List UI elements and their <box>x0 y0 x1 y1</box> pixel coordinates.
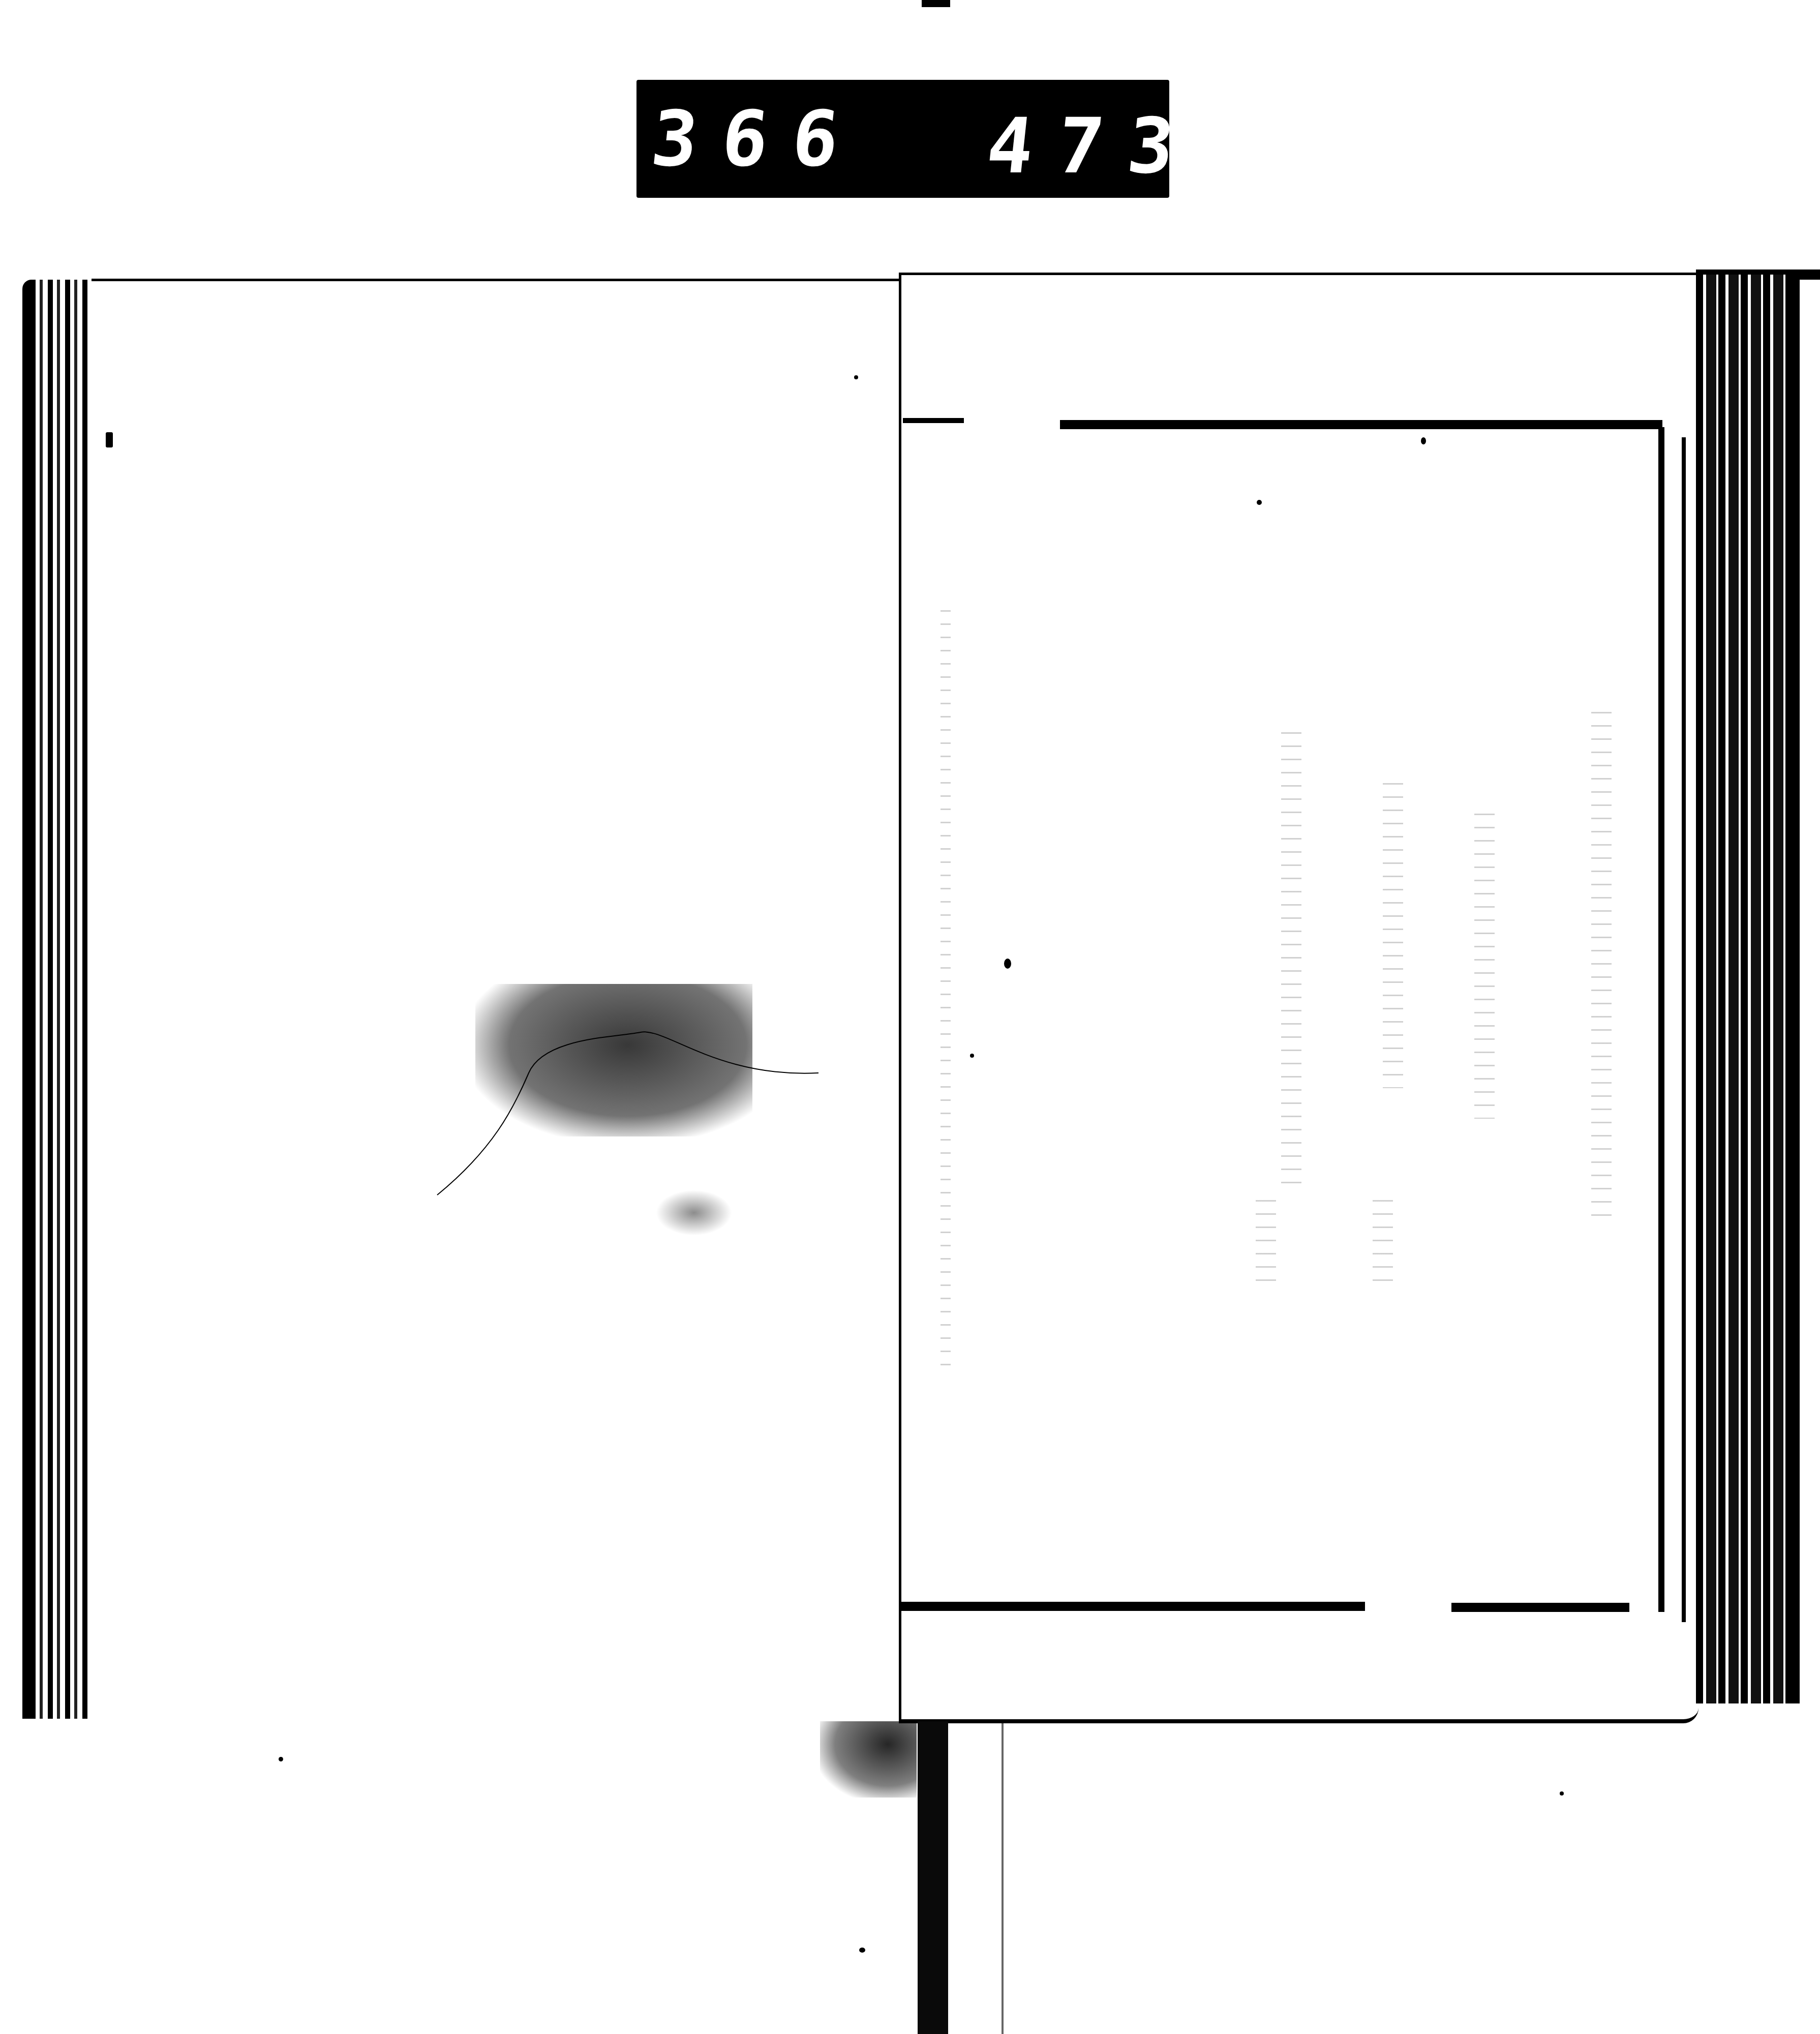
frame-border-right <box>1658 427 1664 1612</box>
show-through-text <box>941 610 951 1373</box>
ink-speck <box>1257 500 1262 505</box>
frame-border-bottom-right <box>1451 1603 1629 1612</box>
ink-speck <box>1560 1791 1564 1796</box>
binding-shadow <box>820 1721 917 1798</box>
show-through-text <box>1591 712 1612 1220</box>
ink-speck <box>1421 437 1426 444</box>
frame-border-bottom <box>900 1602 1365 1611</box>
binding-edge <box>1002 1721 1004 2034</box>
ink-speck <box>279 1757 283 1761</box>
right-page-edges <box>1696 275 1800 1703</box>
ink-mark <box>106 432 113 447</box>
show-through-text <box>1383 783 1403 1088</box>
ink-speck <box>1004 959 1011 969</box>
catalog-label: 366 473. <box>636 80 1169 198</box>
ink-speck <box>859 1948 865 1953</box>
ink-speck <box>970 1054 974 1058</box>
label-number-right: 473. <box>983 108 1272 185</box>
show-through-text <box>1281 732 1301 1190</box>
scan-artifact <box>922 0 950 7</box>
frame-border-outer-right <box>1682 437 1686 1622</box>
ink-speck <box>854 375 858 379</box>
show-through-text <box>1373 1200 1393 1292</box>
frame-border-top-left <box>903 418 964 423</box>
show-through-text <box>1474 814 1495 1119</box>
label-number-left: 366 <box>648 101 867 177</box>
stray-hair <box>432 1017 839 1220</box>
frame-border-top <box>1060 420 1662 429</box>
binding-spine <box>918 1721 948 2034</box>
show-through-text <box>1256 1200 1276 1292</box>
